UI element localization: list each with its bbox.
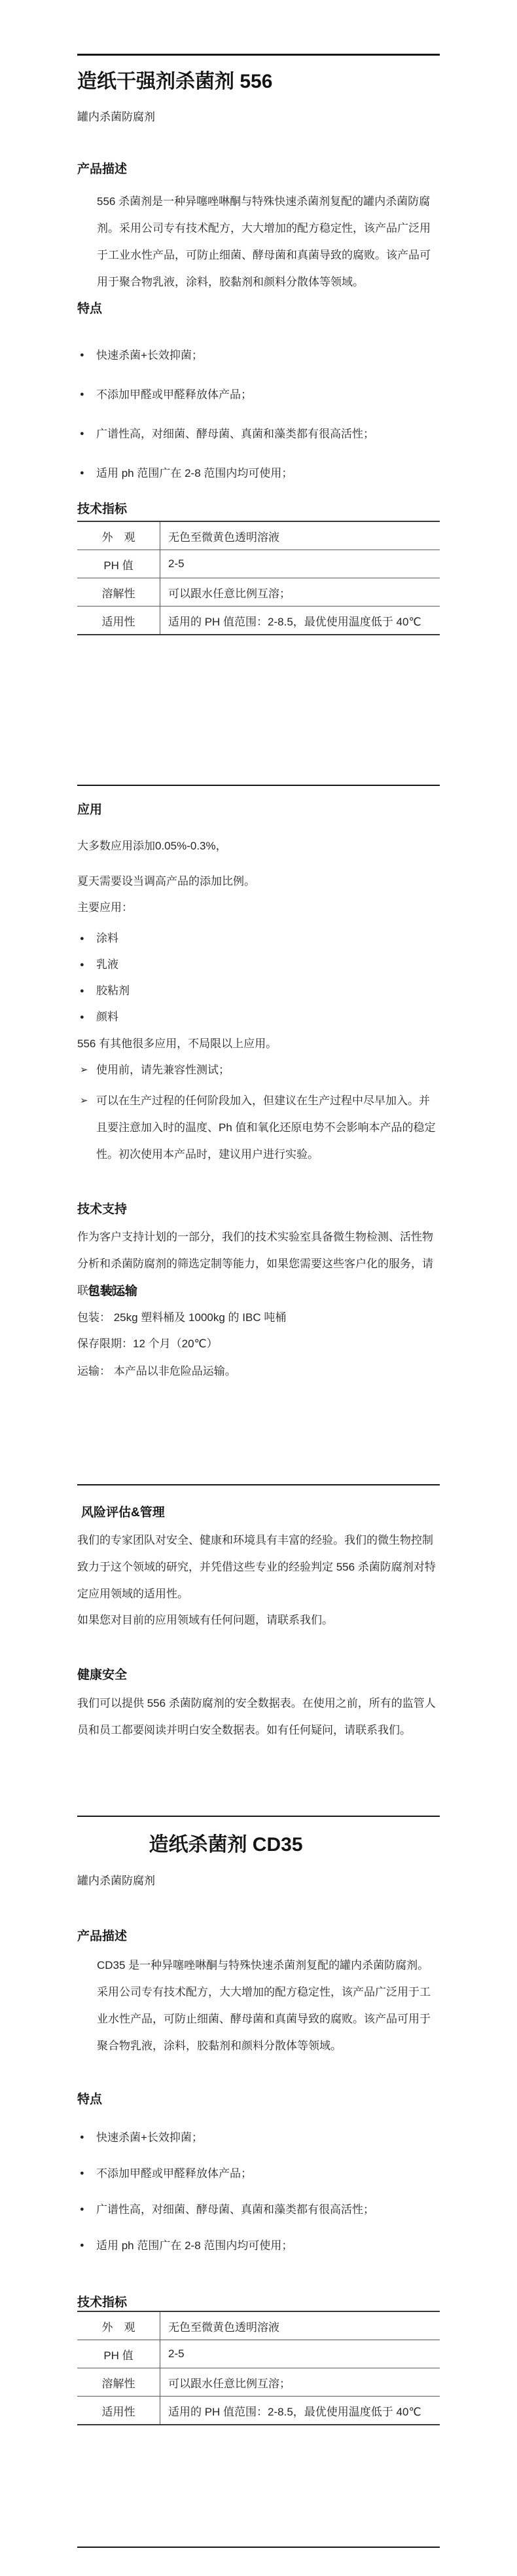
feature-text: 快速杀菌+长效抑菌； (96, 2124, 203, 2151)
section-divider (77, 2547, 440, 2548)
product1-description-heading: 产品描述 (77, 160, 440, 178)
packaging-line: 包装： 25kg 塑料桶及 1000kg 的 IBC 吨桶 (77, 1304, 440, 1331)
bullet-icon: ● (77, 420, 96, 447)
bullet-icon: ● (77, 1004, 96, 1030)
list-item: ●广谱性高，对细菌、酵母菌、真菌和藻类都有很高活性； (77, 2196, 440, 2223)
document-page: 造纸干强剂杀菌剂 556 罐内杀菌防腐剂 产品描述 556 杀菌剂是一种异噻唑啉… (0, 0, 517, 2576)
product1-support-heading: 技术支持 (77, 1201, 440, 1218)
application-text: 乳液 (96, 952, 118, 978)
list-item: ●乳液 (77, 952, 440, 978)
list-item: ●胶粘剂 (77, 978, 440, 1004)
list-item: ●快速杀菌+长效抑菌； (77, 2124, 440, 2151)
table-row: 溶解性 可以跟水任意比例互溶； (77, 2368, 440, 2397)
application-text: 颜料 (96, 1004, 118, 1030)
application-main-label: 主要应用： (77, 894, 440, 921)
feature-text: 不添加甲醛或甲醛释放体产品； (96, 381, 252, 408)
spec-label: 溶解性 (77, 578, 160, 606)
product1-application-heading: 应用 (77, 801, 440, 819)
tip-text: 可以在生产过程的任何阶段加入，但建议在生产过程中尽早加入。并且要注意加入时的温度… (96, 1087, 440, 1168)
product1-health-heading: 健康安全 (77, 1666, 440, 1684)
spec-value: 可以跟水任意比例互溶； (160, 578, 440, 606)
bullet-icon: ● (77, 381, 96, 408)
product1-usage-tips-list: ➢使用前，请先兼容性测试； ➢可以在生产过程的任何阶段加入，但建议在生产过程中尽… (77, 1056, 440, 1168)
bullet-icon: ● (77, 2160, 96, 2187)
product1-subtitle: 罐内杀菌防腐剂 (77, 107, 440, 127)
product1-specs-heading: 技术指标 (77, 500, 440, 518)
list-item: ●不添加甲醛或甲醛释放体产品； (77, 2160, 440, 2187)
application-text: 胶粘剂 (96, 978, 130, 1004)
shelf-life-line: 保存限期：12 个月（20℃） (77, 1330, 440, 1357)
bullet-icon: ● (77, 2196, 96, 2223)
application-note: 556 有其他很多应用，不局限以上应用。 (77, 1030, 440, 1057)
spec-label: 适用性 (77, 607, 160, 634)
product1-risk-heading: 风险评估&管理 (77, 1504, 440, 1521)
spec-label: 外 观 (77, 522, 160, 550)
list-item: ●广谱性高，对细菌、酵母菌、真菌和藻类都有很高活性； (77, 420, 440, 447)
bullet-icon: ● (77, 342, 96, 369)
transport-line: 运输： 本产品以非危险品运输。 (77, 1358, 440, 1385)
application-text: 涂料 (96, 925, 118, 952)
product1-description: 556 杀菌剂是一种异噻唑啉酮与特殊快速杀菌剂复配的罐内杀菌防腐剂。采用公司专有… (77, 188, 440, 295)
bullet-icon: ● (77, 925, 96, 952)
bullet-icon: ● (77, 978, 96, 1004)
application-summer-text: 夏天需要设当调高产品的添加比例。 (77, 868, 440, 895)
feature-text: 适用 ph 范围广在 2-8 范围内均可使用； (96, 2232, 293, 2259)
risk-contact-text: 如果您对目前的应用领域有任何问题，请联系我们。 (77, 1607, 440, 1633)
table-row: 溶解性 可以跟水任意比例互溶； (77, 578, 440, 607)
bullet-icon: ● (77, 2124, 96, 2151)
spec-value: 无色至微黄色透明溶液 (160, 2312, 440, 2340)
spec-value: 2-5 (160, 2340, 440, 2368)
feature-text: 快速杀菌+长效抑菌； (96, 342, 203, 369)
list-item: ●颜料 (77, 1004, 440, 1030)
feature-text: 广谱性高，对细菌、酵母菌、真菌和藻类都有很高活性； (96, 420, 374, 447)
spec-value: 2-5 (160, 550, 440, 578)
product2-description-heading: 产品描述 (77, 1928, 440, 1945)
product1-specs-table: 外 观 无色至微黄色透明溶液 PH 值 2-5 溶解性 可以跟水任意比例互溶； … (77, 521, 440, 635)
product2-subtitle: 罐内杀菌防腐剂 (77, 1871, 440, 1891)
list-item: ➢使用前，请先兼容性测试； (77, 1056, 440, 1083)
feature-text: 不添加甲醛或甲醛释放体产品； (96, 2160, 252, 2187)
health-text: 我们可以提供 556 杀菌防腐剂的安全数据表。在使用之前，所有的监管人员和员工都… (77, 1690, 440, 1744)
table-row: PH 值 2-5 (77, 550, 440, 578)
application-dosage-text: 大多数应用添加0.05%-0.3%， (77, 832, 440, 859)
product1-title: 造纸干强剂杀菌剂 556 (77, 67, 440, 96)
spec-label: 外 观 (77, 2312, 160, 2340)
list-item: ●适用 ph 范围广在 2-8 范围内均可使用； (77, 460, 440, 487)
arrow-icon: ➢ (77, 1056, 96, 1083)
section-divider (77, 785, 440, 786)
list-item: ●涂料 (77, 925, 440, 952)
spec-value: 适用的 PH 值范围：2-8.5，最优使用温度低于 40℃ (160, 607, 440, 634)
product2-description: CD35 是一种异噻唑啉酮与特殊快速杀菌剂复配的罐内杀菌防腐剂。采用公司专有技术… (77, 1952, 440, 2059)
feature-text: 适用 ph 范围广在 2-8 范围内均可使用； (96, 460, 293, 487)
tip-text: 使用前，请先兼容性测试； (96, 1056, 230, 1083)
table-row: 适用性 适用的 PH 值范围：2-8.5，最优使用温度低于 40℃ (77, 2397, 440, 2424)
product2-specs-heading: 技术指标 (77, 2294, 440, 2311)
section-divider (77, 1816, 440, 1817)
product2-title: 造纸杀菌剂 CD35 (77, 1831, 440, 1859)
spec-label: PH 值 (77, 2340, 160, 2368)
spec-label: PH 值 (77, 550, 160, 578)
bullet-icon: ● (77, 460, 96, 487)
list-item: ●适用 ph 范围广在 2-8 范围内均可使用； (77, 2232, 440, 2259)
spec-value: 适用的 PH 值范围：2-8.5，最优使用温度低于 40℃ (160, 2397, 440, 2424)
product2-specs-table: 外 观 无色至微黄色透明溶液 PH 值 2-5 溶解性 可以跟水任意比例互溶； … (77, 2311, 440, 2425)
spec-value: 可以跟水任意比例互溶； (160, 2368, 440, 2396)
list-item: ●不添加甲醛或甲醛释放体产品； (77, 381, 440, 408)
spec-label: 溶解性 (77, 2368, 160, 2396)
table-row: 外 观 无色至微黄色透明溶液 (77, 522, 440, 550)
risk-text: 我们的专家团队对安全、健康和环境具有丰富的经验。我们的微生物控制致力于这个领域的… (77, 1527, 440, 1607)
product2-features-list: ●快速杀菌+长效抑菌； ●不添加甲醛或甲醛释放体产品； ●广谱性高，对细菌、酵母… (77, 2124, 440, 2259)
table-row: PH 值 2-5 (77, 2340, 440, 2368)
section-divider (77, 1484, 440, 1485)
table-row: 外 观 无色至微黄色透明溶液 (77, 2312, 440, 2340)
table-row: 适用性 适用的 PH 值范围：2-8.5，最优使用温度低于 40℃ (77, 607, 440, 634)
product1-features-list: ●快速杀菌+长效抑菌； ●不添加甲醛或甲醛释放体产品； ●广谱性高，对细菌、酵母… (77, 342, 440, 487)
product2-features-heading: 特点 (77, 2091, 440, 2108)
product1-packaging-heading: 包装运输 (77, 1282, 440, 1300)
spec-label: 适用性 (77, 2397, 160, 2424)
product1-applications-list: ●涂料 ●乳液 ●胶粘剂 ●颜料 (77, 925, 440, 1030)
list-item: ➢可以在生产过程的任何阶段加入，但建议在生产过程中尽早加入。并且要注意加入时的温… (77, 1087, 440, 1168)
spec-value: 无色至微黄色透明溶液 (160, 522, 440, 550)
bullet-icon: ● (77, 2232, 96, 2259)
feature-text: 广谱性高，对细菌、酵母菌、真菌和藻类都有很高活性； (96, 2196, 374, 2223)
arrow-icon: ➢ (77, 1087, 96, 1168)
bullet-icon: ● (77, 952, 96, 978)
section-divider (77, 54, 440, 56)
list-item: ●快速杀菌+长效抑菌； (77, 342, 440, 369)
product1-features-heading: 特点 (77, 300, 440, 318)
